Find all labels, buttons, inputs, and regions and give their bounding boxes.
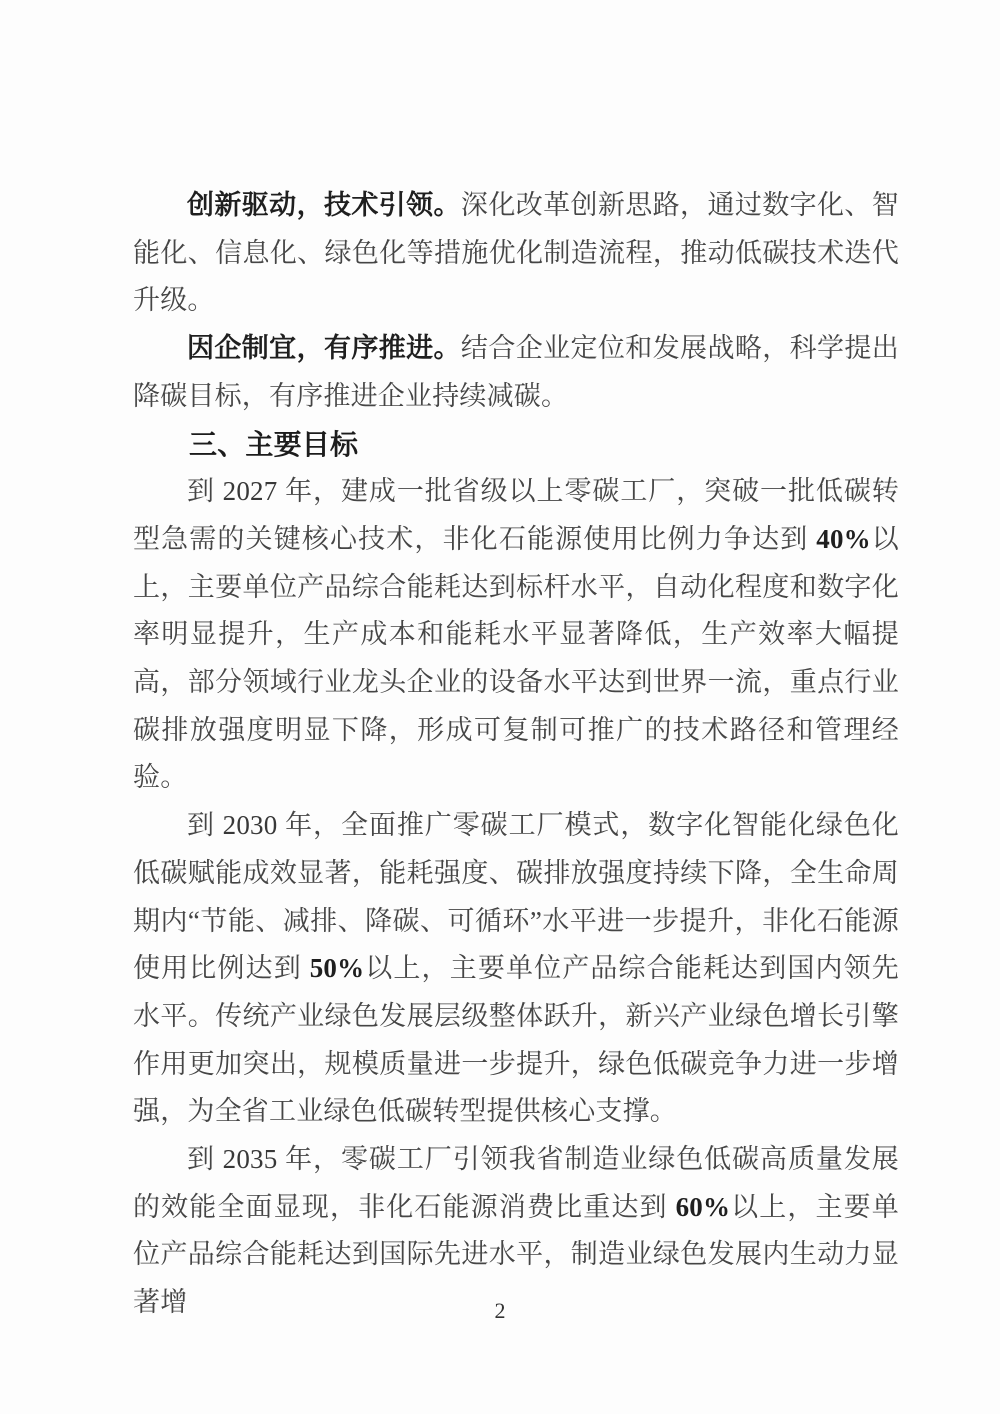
goal-2030-percentage: 50%	[310, 953, 365, 983]
goal-2027-year: 2027	[223, 476, 278, 506]
goal-2035-percentage: 60%	[676, 1192, 731, 1222]
document-body: 创新驱动，技术引领。深化改革创新思路，通过数字化、智能化、信息化、绿色化等措施优…	[133, 182, 899, 1327]
goal-2030-year: 2030	[223, 810, 278, 840]
paragraph-lead-enterprise: 因企制宜，有序推进。	[187, 333, 461, 363]
document-page: 创新驱动，技术引领。深化改革创新思路，通过数字化、智能化、信息化、绿色化等措施优…	[0, 0, 1000, 1414]
goal-2027-pre: 到	[187, 476, 223, 506]
goal-2035-year: 2035	[223, 1144, 278, 1174]
goal-2030-pre: 到	[187, 810, 223, 840]
section-heading-main-goals: 三、主要目标	[133, 421, 899, 469]
goal-2035-pre: 到	[187, 1144, 223, 1174]
paragraph-principle-innovation: 创新驱动，技术引领。深化改革创新思路，通过数字化、智能化、信息化、绿色化等措施优…	[133, 182, 899, 325]
goal-2027-percentage: 40%	[816, 524, 871, 554]
goal-2027-post: 以上，主要单位产品综合能耗达到标杆水平，自动化程度和数字化率明显提升，生产成本和…	[133, 524, 899, 793]
paragraph-goal-2030: 到 2030 年，全面推广零碳工厂模式，数字化智能化绿色化低碳赋能成效显著，能耗…	[133, 802, 899, 1136]
paragraph-goal-2027: 到 2027 年，建成一批省级以上零碳工厂，突破一批低碳转型急需的关键核心技术，…	[133, 468, 899, 802]
paragraph-principle-enterprise: 因企制宜，有序推进。结合企业定位和发展战略，科学提出降碳目标，有序推进企业持续减…	[133, 325, 899, 420]
page-number: 2	[0, 1298, 1000, 1324]
paragraph-lead-innovation: 创新驱动，技术引领。	[187, 190, 461, 220]
